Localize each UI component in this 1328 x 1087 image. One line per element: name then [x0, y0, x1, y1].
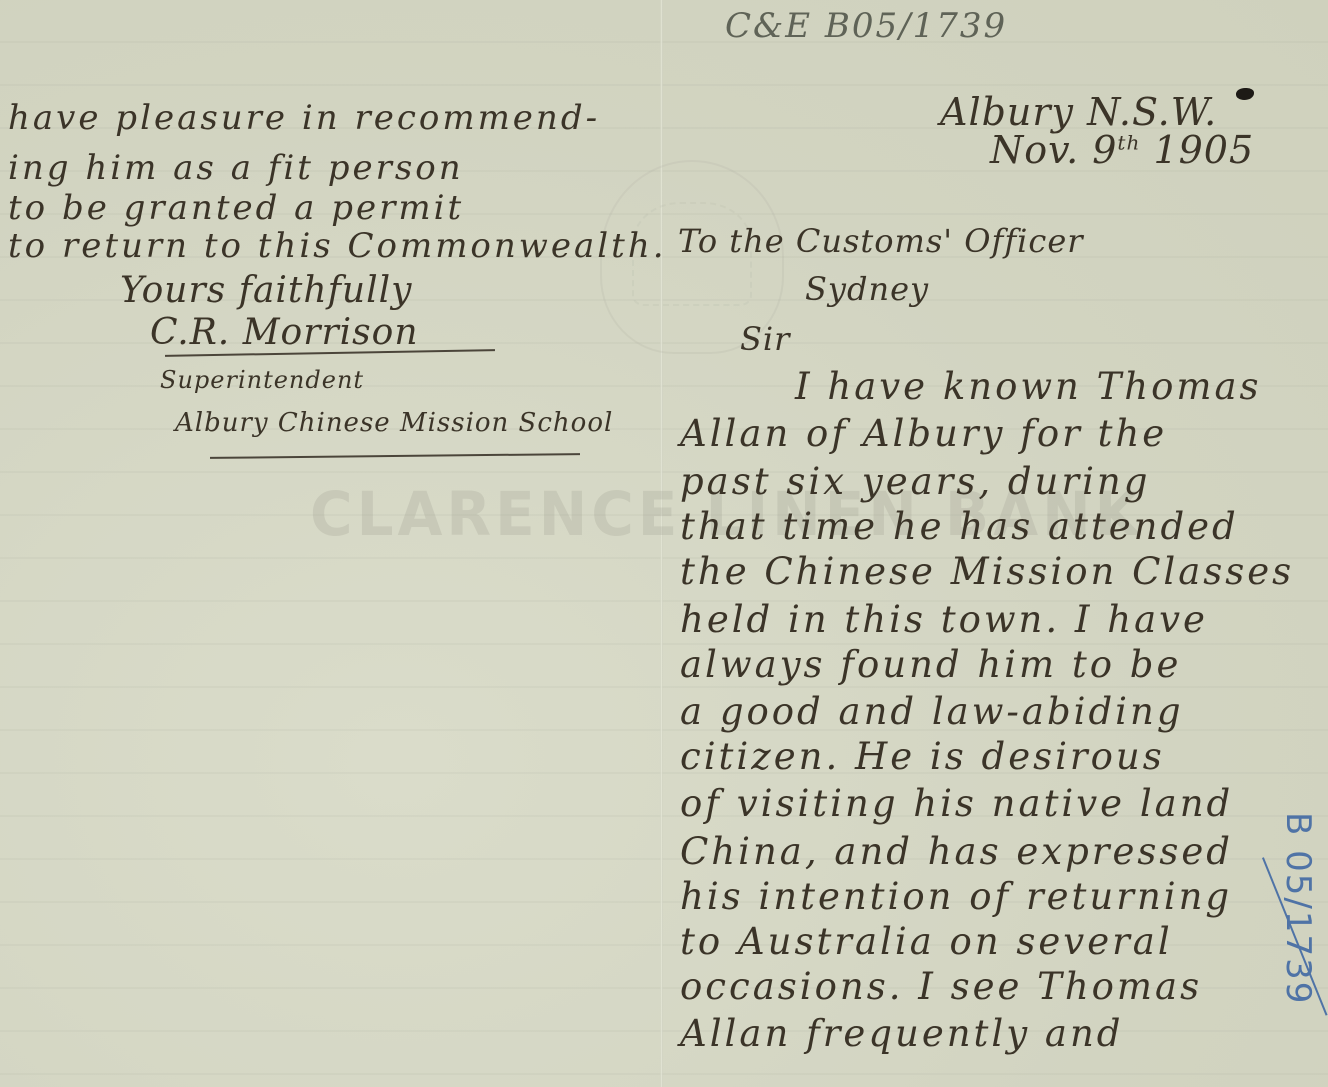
- body-text-line: occasions. I see Thomas: [680, 965, 1202, 1008]
- body-text-line: I have known Thomas: [795, 365, 1262, 408]
- body-text-line: a good and law-abiding: [680, 690, 1184, 733]
- body-text-line: Allan of Albury for the: [680, 412, 1167, 455]
- body-text-line: to Australia on several: [680, 920, 1173, 963]
- body-text-line: citizen. He is desirous: [680, 735, 1165, 778]
- signature: C.R. Morrison: [150, 312, 419, 353]
- addressee: To the Customs' Officer: [678, 222, 1084, 260]
- body-text-line: past six years, during: [680, 460, 1150, 503]
- ink-blot: [1236, 88, 1254, 100]
- salutation: Sir: [740, 320, 790, 358]
- body-text-line: China, and has expressed: [680, 830, 1233, 873]
- letter-date: Nov. 9th 1905: [990, 128, 1254, 172]
- organization-underline: [210, 453, 580, 459]
- closing-phrase: Yours faithfully: [120, 270, 412, 311]
- addressee-city: Sydney: [805, 270, 929, 308]
- body-text-line: held in this town. I have: [680, 598, 1208, 641]
- left-text-line: to return to this Commonwealth.: [8, 226, 667, 266]
- archive-reference-top: C&E B05/1739: [725, 6, 1007, 46]
- body-text-line: of visiting his native land: [680, 782, 1233, 825]
- date-ordinal: th: [1117, 130, 1140, 154]
- body-text-line: his intention of returning: [680, 875, 1232, 918]
- letter-page: CLARENCE LINEN BANK C&E B05/1739 Albury …: [0, 0, 1328, 1087]
- signer-title: Superintendent: [160, 366, 364, 394]
- left-text-line: to be granted a permit: [8, 188, 464, 228]
- archive-reference-side: B 05/1739: [1278, 812, 1318, 1005]
- body-text-line: always found him to be: [680, 643, 1181, 686]
- left-text-line: ing him as a fit person: [8, 148, 464, 188]
- body-text-line: that time he has attended: [680, 505, 1239, 548]
- signer-organization: Albury Chinese Mission School: [175, 408, 613, 438]
- left-text-line: have pleasure in recommend-: [8, 98, 600, 138]
- body-text-line: the Chinese Mission Classes: [680, 550, 1294, 593]
- date-year: 1905: [1153, 128, 1254, 172]
- date-day: Nov. 9: [990, 128, 1117, 172]
- body-text-line: Allan frequently and: [680, 1012, 1124, 1055]
